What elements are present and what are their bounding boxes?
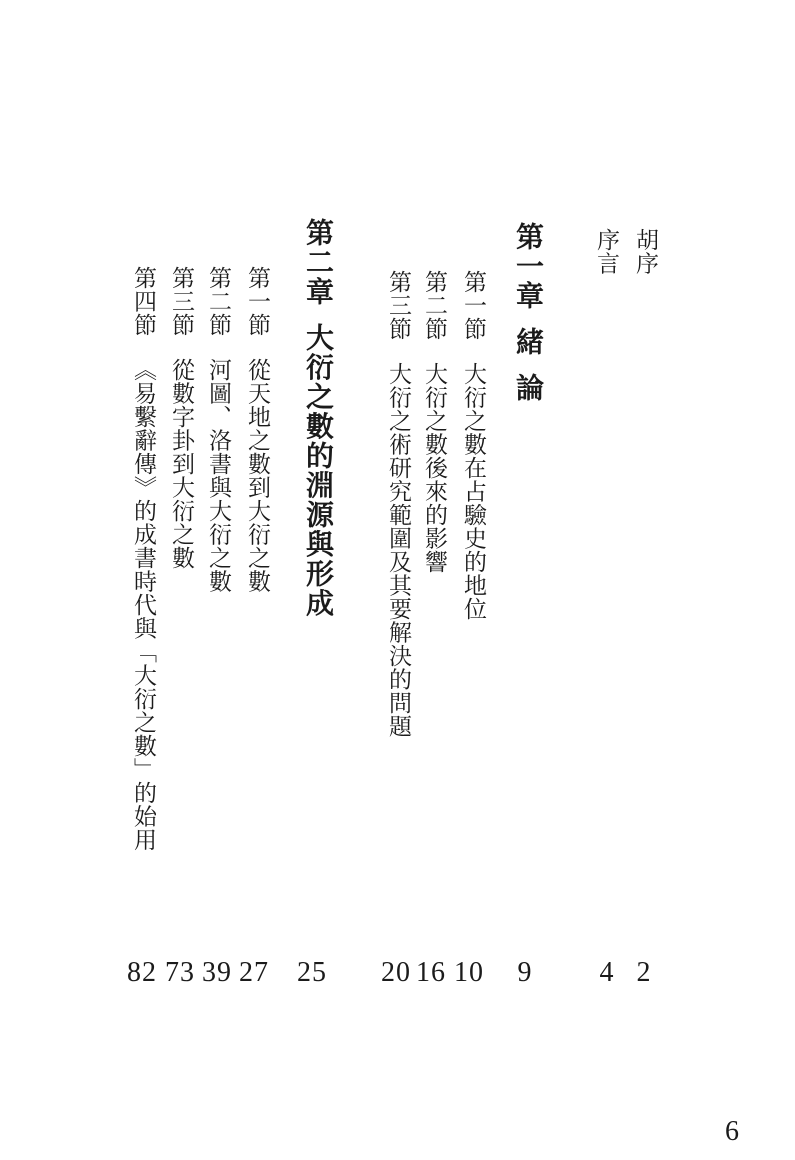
entry-prefix: 第四節 [131, 266, 156, 337]
entry-title: 大衍之數後來的影響 [422, 362, 447, 574]
entry-prefix: 第三節 [386, 270, 411, 341]
entry-title: 大衍之數在占驗史的地位 [461, 362, 486, 621]
entry-title: 從數字卦到大衍之數 [169, 358, 194, 570]
entry-prefix: 第二節 [206, 266, 231, 337]
entry-prefix: 第一節 [245, 266, 270, 337]
page-ref: 9 [518, 957, 533, 989]
entry-title: 從天地之數到大衍之數 [245, 358, 270, 593]
toc-entry-ch1-section-2: 第二節大衍之數後來的影響 [418, 270, 451, 573]
page-ref: 4 [600, 957, 615, 989]
page-ref: 2 [637, 957, 652, 989]
page-ref: 27 [239, 957, 269, 989]
entry-prefix: 第一章 [512, 222, 543, 311]
entry-title: 胡序 [633, 228, 658, 275]
toc-entry-ch2-section-4: 第四節《易繫辭傳》的成書時代與「大衍之數」的始用 [127, 266, 160, 851]
page-ref: 16 [416, 957, 446, 989]
toc-entry-ch2-section-1: 第一節從天地之數到大衍之數 [241, 266, 274, 593]
toc-entry-chapter-2: 第二章大衍之數的淵源與形成 [297, 218, 337, 618]
entry-prefix: 第二節 [422, 270, 447, 341]
toc-entry-foreword: 序言 [590, 228, 623, 275]
entry-prefix: 第二章 [302, 218, 333, 307]
page-ref: 10 [454, 957, 484, 989]
page-ref: 25 [297, 957, 327, 989]
entry-title: 序言 [594, 228, 619, 275]
page-ref: 39 [202, 957, 232, 989]
entry-title: 《易繫辭傳》的成書時代與「大衍之數」的始用 [131, 358, 156, 852]
toc-entry-hu-preface: 胡序 [629, 228, 662, 275]
toc-entry-ch2-section-2: 第二節河圖、洛書與大衍之數 [202, 266, 235, 593]
entry-title: 河圖、洛書與大衍之數 [206, 358, 231, 593]
entry-prefix: 第三節 [169, 266, 194, 337]
toc-page: 胡序 序言 第一章緒論 第一節大衍之數在占驗史的地位 第二節大衍之數後來的影響 … [0, 0, 795, 1160]
toc-entry-chapter-1: 第一章緒論 [507, 222, 547, 419]
toc-entry-ch2-section-3: 第三節從數字卦到大衍之數 [165, 266, 198, 569]
page-ref: 73 [165, 957, 195, 989]
toc-entry-ch1-section-1: 第一節大衍之數在占驗史的地位 [457, 270, 490, 620]
toc-entry-ch1-section-3: 第三節大衍之術研究範圍及其要解決的問題 [382, 270, 415, 738]
entry-prefix: 第一節 [461, 270, 486, 341]
entry-title: 大衍之數的淵源與形成 [302, 323, 333, 618]
page-ref: 82 [127, 957, 157, 989]
entry-title: 緒論 [512, 327, 543, 419]
page-ref: 20 [381, 957, 411, 989]
folio-number: 6 [725, 1116, 739, 1148]
entry-title: 大衍之術研究範圍及其要解決的問題 [386, 362, 411, 738]
